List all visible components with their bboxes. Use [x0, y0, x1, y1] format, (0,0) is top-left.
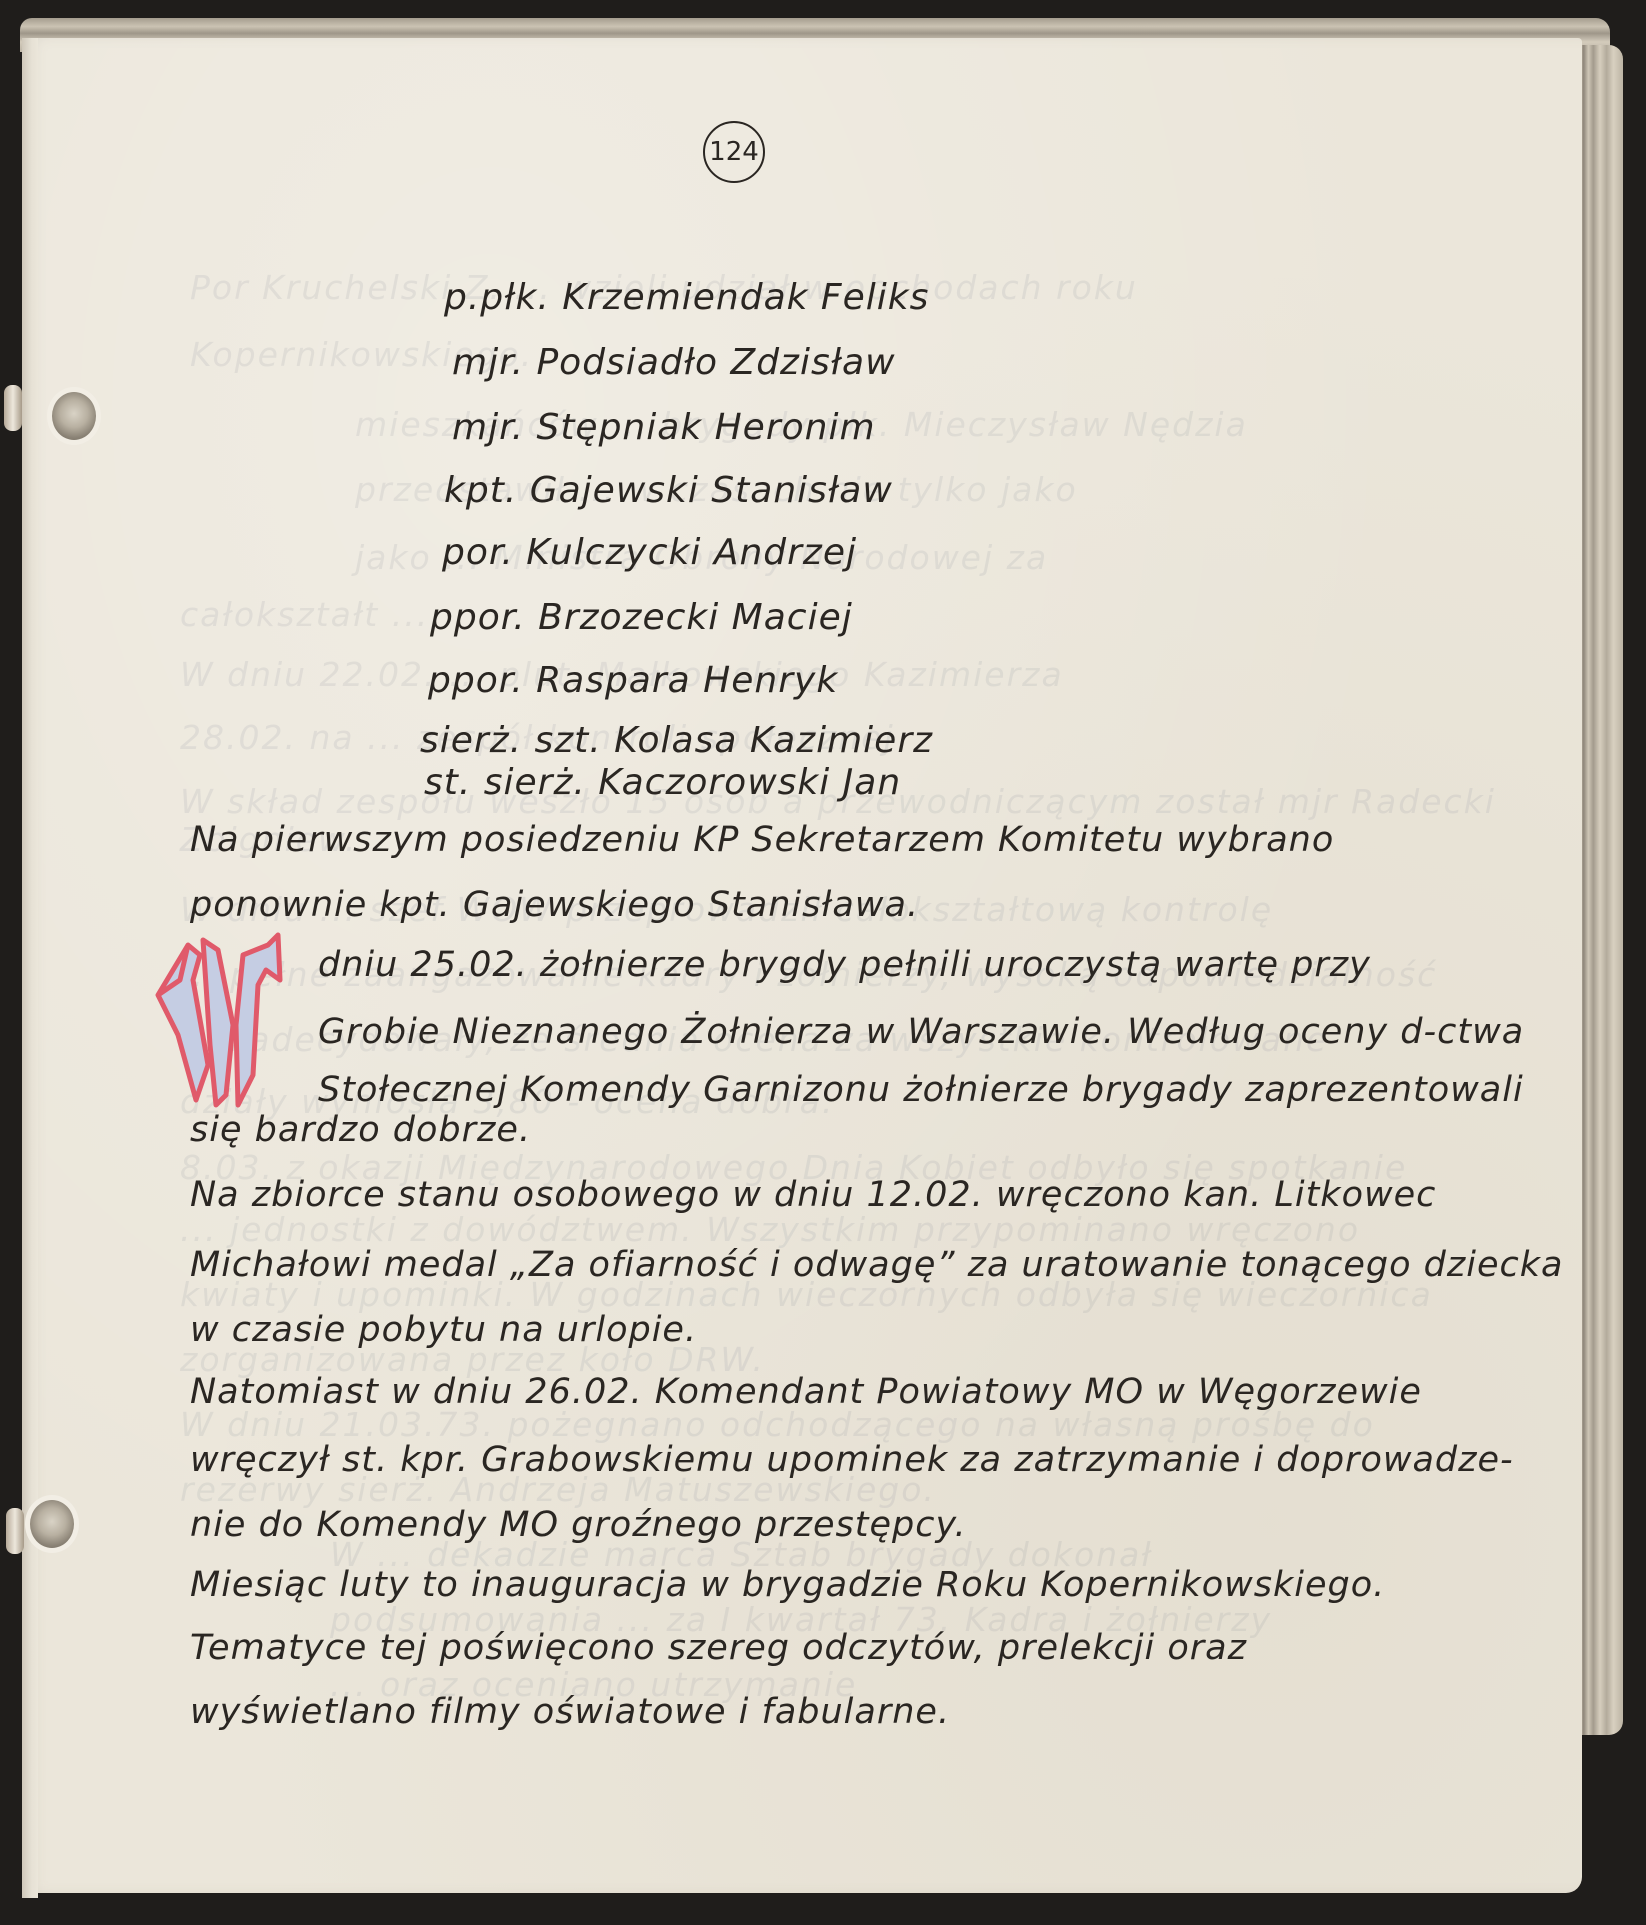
roster-rank: ppor.: [430, 597, 526, 638]
roster-entry: kpt. Gajewski Stanisław: [444, 470, 893, 511]
roster-rank: mjr.: [452, 407, 524, 448]
roster-rank: st. sierż.: [424, 762, 586, 803]
text-line: się bardzo dobrze.: [190, 1110, 531, 1150]
roster-entry: p.płk. Krzemiendak Feliks: [444, 277, 929, 318]
text-line: dniu 25.02. żołnierze brygdy pełnili uro…: [318, 945, 1371, 985]
roster-name: Kulczycki Andrzej: [526, 532, 857, 573]
roster-entry: ppor. Raspara Henryk: [428, 660, 838, 701]
text-line: wręczył st. kpr. Grabowskiemu upominek z…: [190, 1440, 1514, 1480]
roster-name: Podsiadło Zdzisław: [536, 342, 895, 383]
roster-entry: mjr. Podsiadło Zdzisław: [452, 342, 896, 383]
decorative-initial-w-icon: [148, 925, 318, 1110]
page-number: 124: [703, 121, 765, 183]
roster-entry: mjr. Stępniak Heronim: [452, 407, 876, 448]
binder-ring-bottom: [6, 1508, 24, 1554]
text-line: Na pierwszym posiedzeniu KP Sekretarzem …: [190, 820, 1334, 860]
binder-hole-bottom: [30, 1500, 74, 1548]
bleed-line: ... jednostki z dowództwem. Wszystkim pr…: [180, 1210, 1360, 1249]
roster-rank: sierż. szt.: [420, 720, 602, 761]
binder-ring-top: [4, 385, 22, 431]
text-line: nie do Komendy MO groźnego przestępcy.: [190, 1505, 967, 1545]
text-line: w czasie pobytu na urlopie.: [190, 1310, 697, 1350]
text-line: ponownie kpt. Gajewskiego Stanisława.: [190, 885, 919, 925]
roster-name: Stępniak Heronim: [536, 407, 875, 448]
text-line: Na zbiorce stanu osobowego w dniu 12.02.…: [190, 1175, 1436, 1215]
text-line: Natomiast w dniu 26.02. Komendant Powiat…: [190, 1372, 1422, 1412]
text-line: Grobie Nieznanego Żołnierza w Warszawie.…: [318, 1012, 1524, 1052]
roster-name: Kaczorowski Jan: [598, 762, 901, 803]
roster-name: Krzemiendak Feliks: [562, 277, 929, 318]
roster-name: Brzozecki Maciej: [538, 597, 853, 638]
roster-rank: mjr.: [452, 342, 524, 383]
page-stack-right-edge: [1575, 45, 1623, 1735]
roster-rank: por.: [442, 532, 514, 573]
text-line: wyświetlano filmy oświatowe i fabularne.: [190, 1692, 950, 1732]
roster-name: Kolasa Kazimierz: [614, 720, 933, 761]
text-line: Miesiąc luty to inauguracja w brygadzie …: [190, 1565, 1385, 1605]
roster-entry: ppor. Brzozecki Maciej: [430, 597, 853, 638]
roster-rank: ppor.: [428, 660, 524, 701]
roster-name: Raspara Henryk: [536, 660, 838, 701]
roster-entry: st. sierż. Kaczorowski Jan: [424, 762, 901, 803]
binding-fold: [22, 38, 38, 1898]
scanned-document: Por Kruchelski Z. ... wzięli udział w ob…: [0, 0, 1646, 1925]
roster-entry: por. Kulczycki Andrzej: [442, 532, 857, 573]
roster-entry: sierż. szt. Kolasa Kazimierz: [420, 720, 933, 761]
text-line: Tematyce tej poświęcono szereg odczytów,…: [190, 1628, 1247, 1668]
text-line: Michałowi medal „Za ofiarność i odwagę” …: [190, 1245, 1563, 1285]
roster-rank: kpt.: [444, 470, 517, 511]
binder-hole-top: [52, 392, 96, 440]
roster-name: Gajewski Stanisław: [530, 470, 893, 511]
bleed-line: całokształt ...: [180, 595, 429, 634]
text-line: Stołecznej Komendy Garnizonu żołnierze b…: [318, 1070, 1524, 1110]
roster-rank: p.płk.: [444, 277, 550, 318]
